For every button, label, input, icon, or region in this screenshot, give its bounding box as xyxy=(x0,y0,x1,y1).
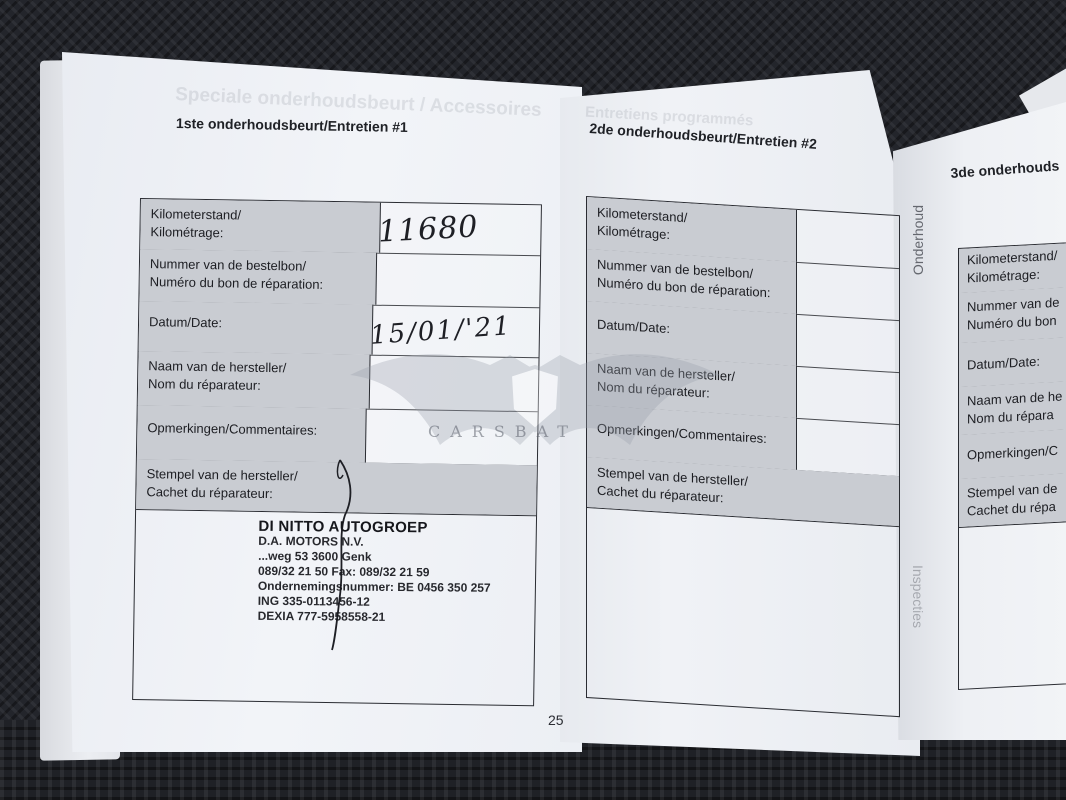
field-row-date: Datum/Date: xyxy=(959,336,1066,388)
entry-2-form: Kilometerstand/ Kilométrage: Nummer van … xyxy=(586,196,900,717)
field-row-stamp-label: Stempel van de Cachet du répa xyxy=(959,472,1066,528)
field-label: Kilometerstand/ Kilométrage: xyxy=(959,242,1066,293)
date-value-cell[interactable] xyxy=(797,314,899,372)
field-label: Opmerkingen/Commentaires: xyxy=(137,405,367,463)
stamp-line: DEXIA 777-5958558-21 xyxy=(258,609,528,626)
field-label: Naam van de hersteller/ Nom du réparateu… xyxy=(138,351,371,409)
field-label: Nummer van de bestelbon/ Numéro du bon d… xyxy=(139,249,377,305)
field-row-order-number: Nummer van de bestelbon/ Numéro du bon d… xyxy=(139,249,540,308)
repairer-value-cell[interactable] xyxy=(370,355,539,412)
repairer-value-cell[interactable] xyxy=(797,366,899,424)
field-label: Naam van de he Nom du répara xyxy=(959,380,1066,435)
page-number: 25 xyxy=(548,712,564,728)
field-label: Datum/Date: xyxy=(139,301,374,355)
comments-value-cell[interactable] xyxy=(797,418,899,476)
stamp-label: Stempel van de Cachet du répa xyxy=(959,472,1066,527)
field-row-order-number: Nummer van de Numéro du bon xyxy=(959,286,1066,344)
entry-3-form: Kilometerstand/ Kilométrage: Nummer van … xyxy=(958,241,1066,690)
field-row-mileage: Kilometerstand/ Kilométrage: xyxy=(959,242,1066,294)
field-label: Kilometerstand/ Kilométrage: xyxy=(140,199,381,253)
field-row-mileage: Kilometerstand/ Kilométrage: xyxy=(140,199,541,256)
field-row-repairer: Naam van de he Nom du répara xyxy=(959,380,1066,436)
watermark-text: CARSBAT xyxy=(428,422,578,441)
field-label: Datum/Date: xyxy=(959,336,1066,387)
field-row-repairer: Naam van de hersteller/ Nom du réparateu… xyxy=(138,351,539,412)
margin-tab-top: Onderhoud xyxy=(910,205,926,275)
field-row-comments: Opmerkingen/C xyxy=(959,428,1066,480)
mileage-value-cell[interactable] xyxy=(797,210,899,268)
handwritten-mileage: 11680 xyxy=(377,209,479,249)
field-label: Opmerkingen/C xyxy=(959,428,1066,479)
order-number-value-cell[interactable] xyxy=(797,262,899,320)
order-number-value-cell[interactable] xyxy=(376,253,540,308)
dealer-stamp: DI NITTO AUTOGROEP D.A. MOTORS N.V. ...w… xyxy=(258,519,529,626)
margin-tab-bottom: Inspecties xyxy=(910,565,926,628)
field-label: Nummer van de Numéro du bon xyxy=(959,286,1066,343)
